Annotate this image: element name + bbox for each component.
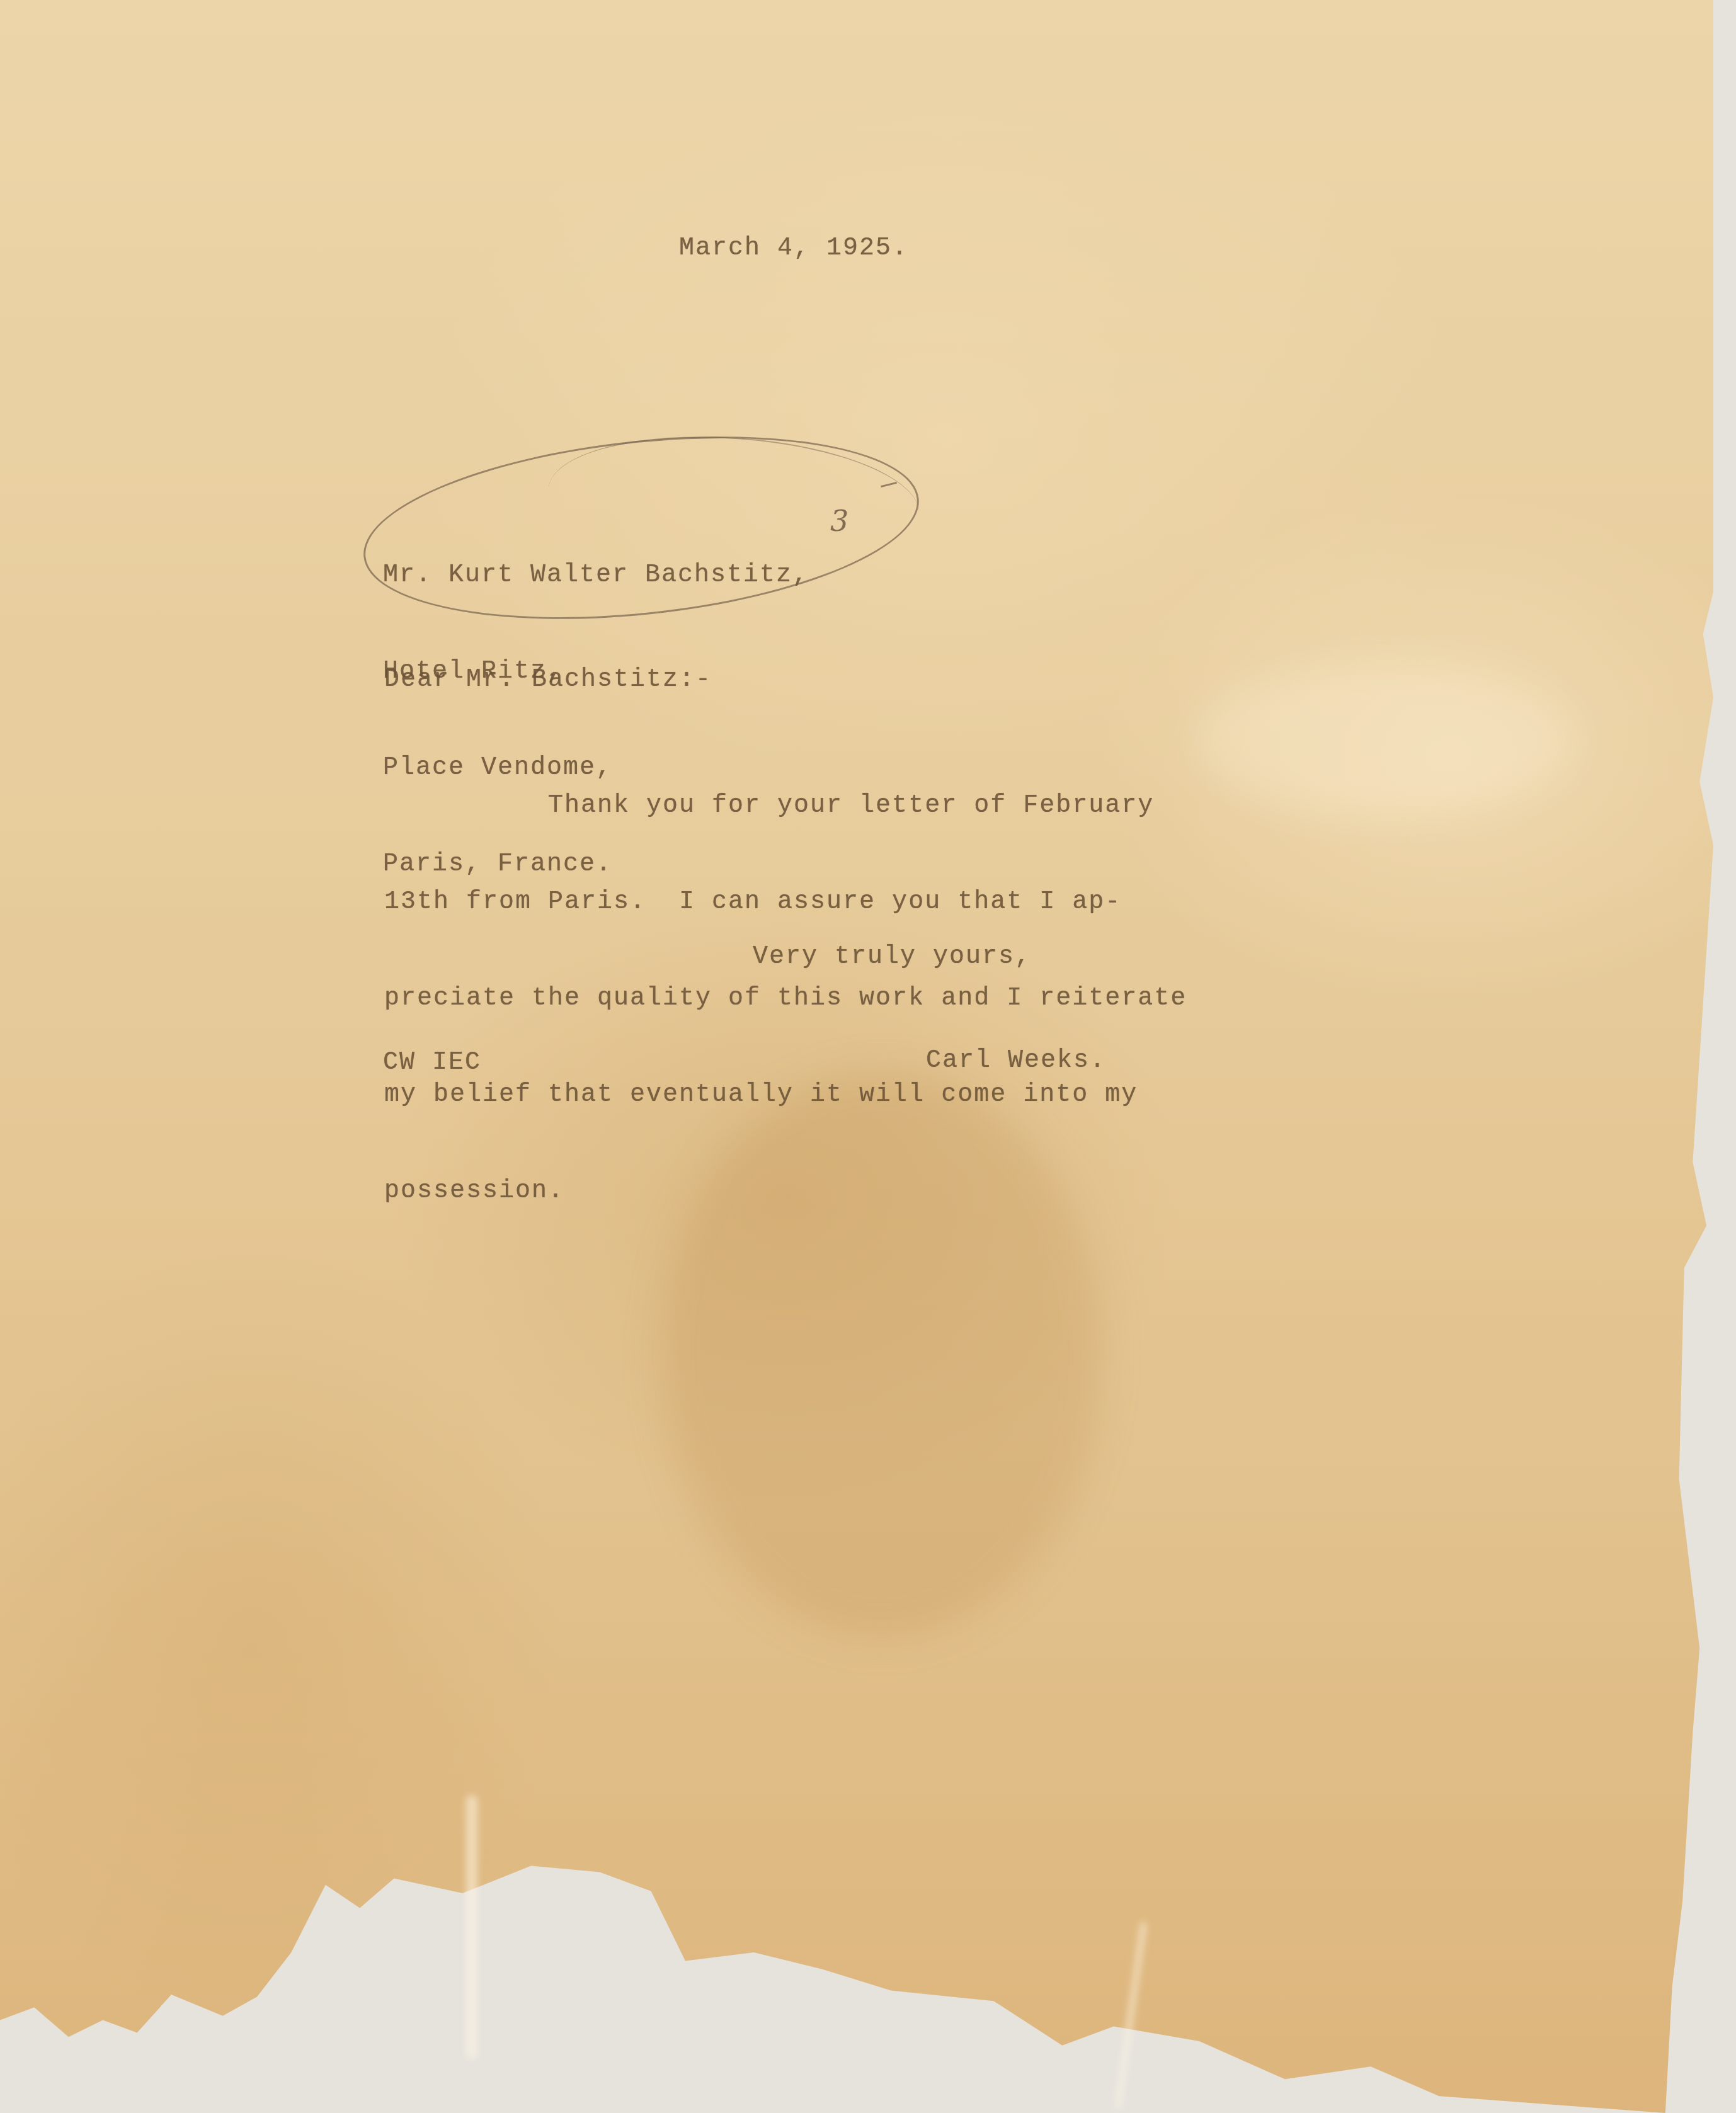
light-patch [1197, 661, 1575, 819]
body-line: possession. [384, 1175, 1187, 1207]
handwritten-number: 3 [830, 504, 848, 538]
letter-date: March 4, 1925. [679, 234, 908, 263]
reference-initials: CW IEC [383, 1049, 481, 1077]
signature-name: Carl Weeks. [926, 1047, 1106, 1075]
address-line: Mr. Kurt Walter Bachstitz, [383, 559, 809, 591]
paper-crease [466, 1795, 477, 2059]
body-line: my belief that eventually it will come i… [384, 1079, 1187, 1111]
body-line: preciate the quality of this work and I … [384, 982, 1187, 1015]
body-line: Thank you for your letter of February [384, 790, 1187, 822]
complimentary-close: Very truly yours, [753, 943, 1031, 971]
salutation: Dear Mr. Bachstitz:- [384, 666, 712, 694]
body-line: 13th from Paris. I can assure you that I… [384, 886, 1187, 918]
letter-body: Thank you for your letter of February 13… [384, 726, 1187, 1239]
